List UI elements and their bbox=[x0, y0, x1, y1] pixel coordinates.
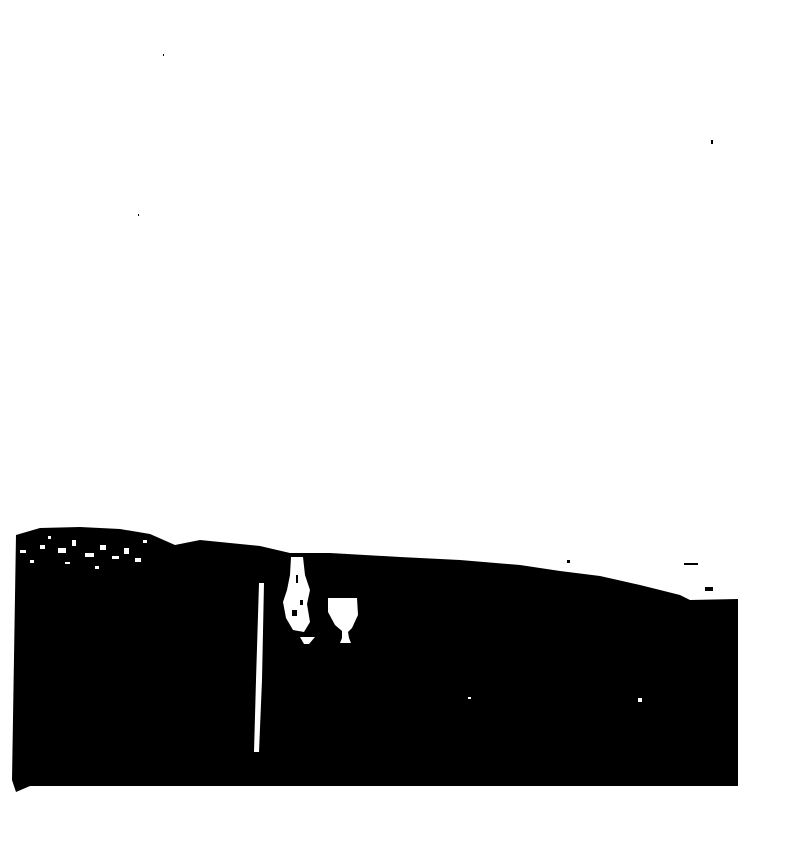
photo-scene bbox=[0, 0, 800, 868]
